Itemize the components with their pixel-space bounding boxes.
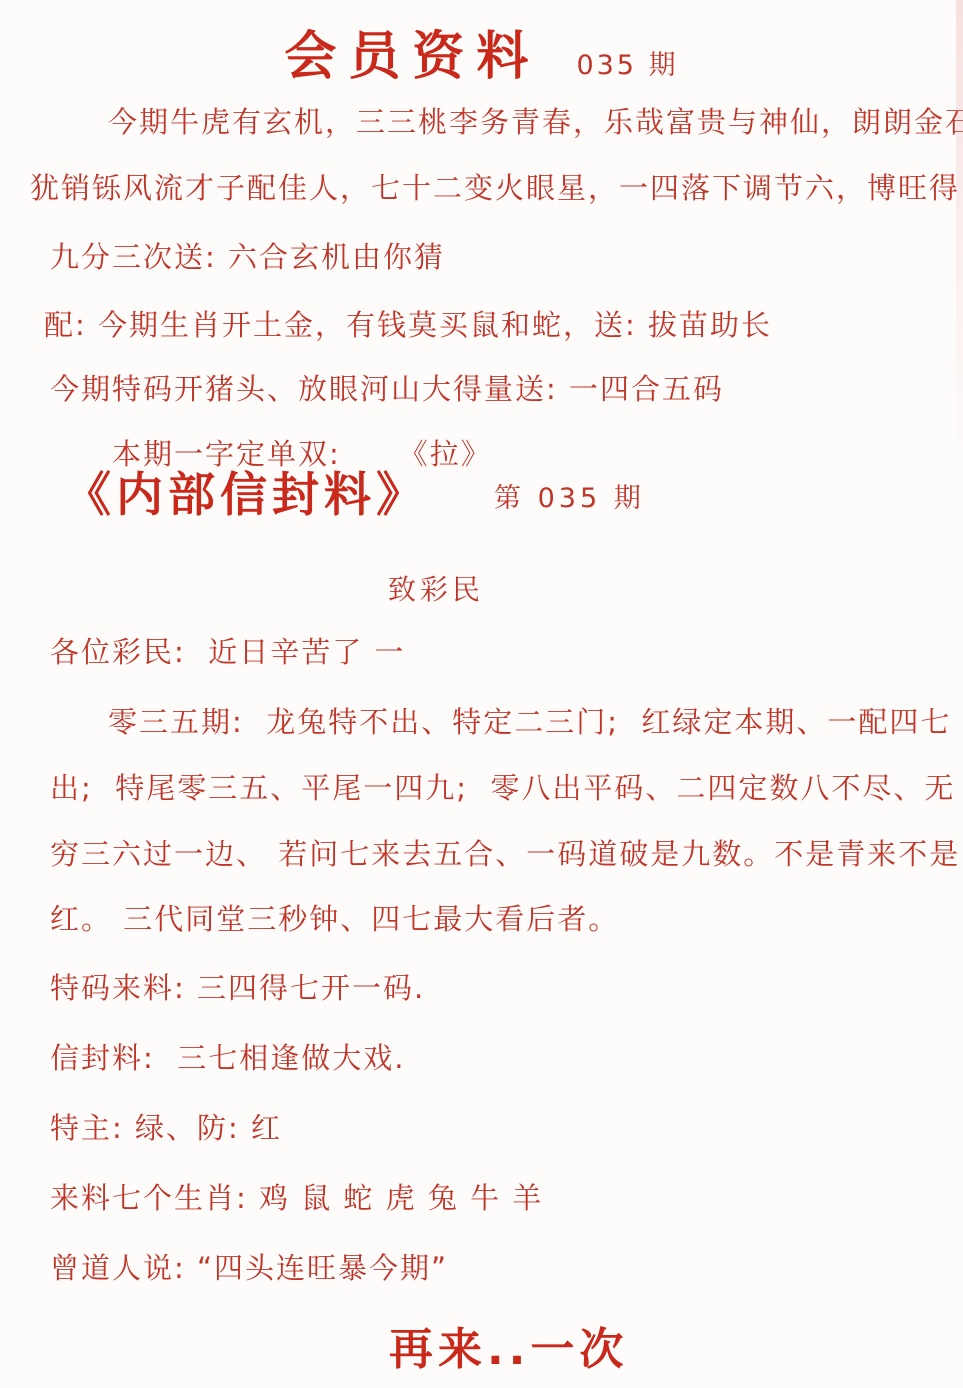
paragraph-line-2: 出; 特尾零三五、平尾一四九; 零八出平码、二四定数八不尽、无 xyxy=(50,770,955,806)
zodiac-list-line: 来料七个生肖: 鸡 鼠 蛇 虎 兔 牛 羊 xyxy=(50,1180,543,1216)
odd-even-row: 本期一字定单双: 《拉》 xyxy=(112,436,492,472)
odd-even-value: 《拉》 xyxy=(399,436,492,472)
salutation: 致彩民 xyxy=(388,568,484,608)
document-page: 会员资料 035 期 今期牛虎有玄机，三三桃李务青春，乐哉富贵与神仙，朗朗金石 … xyxy=(0,0,963,1388)
zodiac-hint-line: 配: 今期生肖开土金，有钱莫买鼠和蛇，送: 拔苗助长 xyxy=(44,307,772,343)
paragraph-line-1: 零三五期: 龙兔特不出、特定二三门; 红绿定本期、一配四七 xyxy=(108,704,951,740)
greeting-line: 各位彩民: 近日辛苦了 一 xyxy=(50,634,405,670)
quote-line: 曾道人说: “四头连旺暴今期” xyxy=(50,1250,448,1286)
envelope-tip-line: 信封料: 三七相逢做大戏. xyxy=(50,1040,405,1076)
special-code-hint-line: 今期特码开猪头、放眼河山大得量送: 一四合五码 xyxy=(50,371,724,407)
section-header: 《内部信封料》 第 035 期 xyxy=(64,470,645,522)
poem-line-1: 今期牛虎有玄机，三三桃李务青春，乐哉富贵与神仙，朗朗金石 xyxy=(108,104,963,140)
paragraph-line-3: 穷三六过一边、 若问七来去五合、一码道破是九数。不是青来不是 xyxy=(50,836,960,872)
closing-text: 再来..一次 xyxy=(389,1324,628,1375)
document-header: 会员资料 035 期 xyxy=(0,14,963,89)
gift-line: 九分三次送: 六合玄机由你猜 xyxy=(50,239,445,275)
special-code-line: 特码来料: 三四得七开一码. xyxy=(50,970,425,1006)
page-title: 会员资料 xyxy=(284,14,540,89)
poem-line-2: 犹销铄风流才子配佳人，七十二变火眼星，一四落下调节六，博旺得 xyxy=(30,170,960,206)
issue-number: 035 期 xyxy=(576,43,678,82)
closing-row: 再来..一次 xyxy=(0,1294,963,1388)
section-title: 《内部信封料》 xyxy=(64,470,428,522)
color-tip-line: 特主: 绿、防: 红 xyxy=(50,1110,282,1146)
odd-even-label: 本期一字定单双: xyxy=(112,436,341,472)
paragraph-line-4: 红。 三代同堂三秒钟、四七最大看后者。 xyxy=(50,901,619,937)
section-issue-number: 第 035 期 xyxy=(494,476,645,522)
